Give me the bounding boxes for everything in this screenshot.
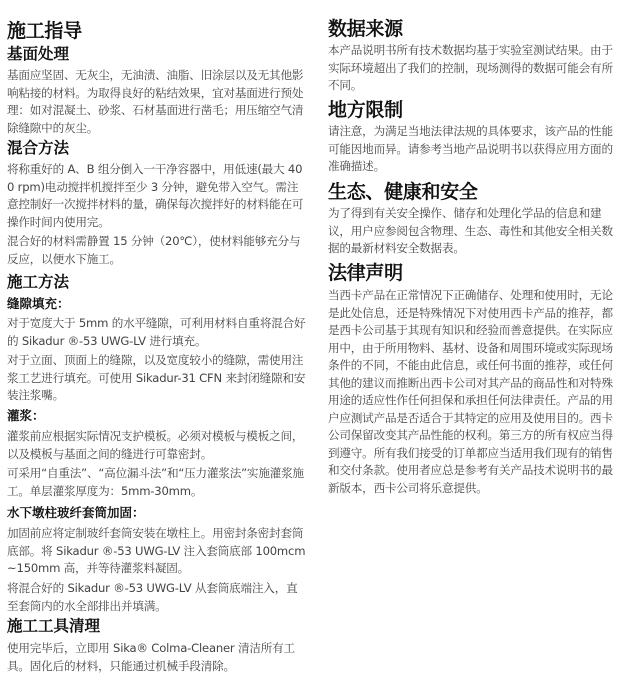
heading-mixing: 混合方法 bbox=[7, 139, 307, 158]
heading-data-source: 数据来源 bbox=[328, 18, 613, 40]
crack-filling-text-2: 对于立面、顶面上的缝隙，以及宽度较小的缝隙，需使用注浆工艺进行填充。可使用 Si… bbox=[7, 352, 307, 405]
mixing-text-1: 将称重好的 A、B 组分倒入一干净容器中，用低速(最大 400 rpm)电动搅拌… bbox=[7, 161, 307, 231]
heading-tool-cleaning: 施工工具清理 bbox=[7, 617, 307, 636]
cleaning-text: 使用完毕后，立即用 Sika® Colma-Cleaner 清洁所有工具。固化后… bbox=[7, 640, 307, 675]
grouting-text-1: 灌浆前应根据实际情况支护模板。必须对模板与模板之间，以及模板与基面之间的缝进行可… bbox=[7, 428, 307, 463]
jacket-text-2: 将混合好的 Sikadur ®-53 UWG-LV 从套筒底端注入，直至套筒内的… bbox=[7, 580, 307, 615]
ehs-text: 为了得到有关安全操作、储存和处理化学品的信息和建议，用户应参阅包含物理、生态、毒… bbox=[328, 205, 613, 258]
heading-ehs: 生态、健康和安全 bbox=[328, 181, 613, 203]
crack-filling-text-1: 对于宽度大于 5mm 的水平缝隙，可利用材料自重将混合好的 Sikadur ®-… bbox=[7, 315, 307, 350]
jacket-text-1: 加固前应将定制玻纤套筒安装在墩柱上。用密封条密封套筒底部。将 Sikadur ®… bbox=[7, 525, 307, 578]
heading-crack-filling: 缝隙填充： bbox=[7, 296, 307, 312]
data-source-text: 本产品说明书所有技术数据均基于实验室测试结果。由于实际环境超出了我们的控制，现场… bbox=[328, 42, 613, 95]
heading-legal-notice: 法律声明 bbox=[328, 262, 613, 284]
substrate-text: 基面应坚固、无灰尘，无油渍、油脂、旧涂层以及无其他影响粘接的材料。为取得良好的粘… bbox=[7, 67, 307, 137]
heading-grouting: 灌浆： bbox=[7, 408, 307, 424]
heading-substrate-preparation: 基面处理 bbox=[7, 45, 307, 64]
grouting-text-2: 可采用“自重法”、“高位漏斗法”和“压力灌浆法”实施灌浆施工。单层灌浆厚度为：5… bbox=[7, 465, 307, 500]
local-restrictions-text: 请注意，为满足当地法律法规的具体要求，该产品的性能可能因地而异。请参考当地产品说… bbox=[328, 123, 613, 176]
heading-fiberglass-jacket: 水下墩柱玻纤套筒加固： bbox=[7, 505, 307, 521]
mixing-text-2: 混合好的材料需静置 15 分钟（20℃），使材料能够充分与反应，以便水下施工。 bbox=[7, 233, 307, 268]
legal-notice-text: 当西卡产品在正常情况下正确储存、处理和使用时，无论是此处信息，还是特殊情况下对使… bbox=[328, 287, 613, 497]
heading-application-method: 施工方法 bbox=[7, 273, 307, 292]
heading-local-restrictions: 地方限制 bbox=[328, 99, 613, 121]
section-title-construction-guide: 施工指导 bbox=[7, 20, 307, 42]
